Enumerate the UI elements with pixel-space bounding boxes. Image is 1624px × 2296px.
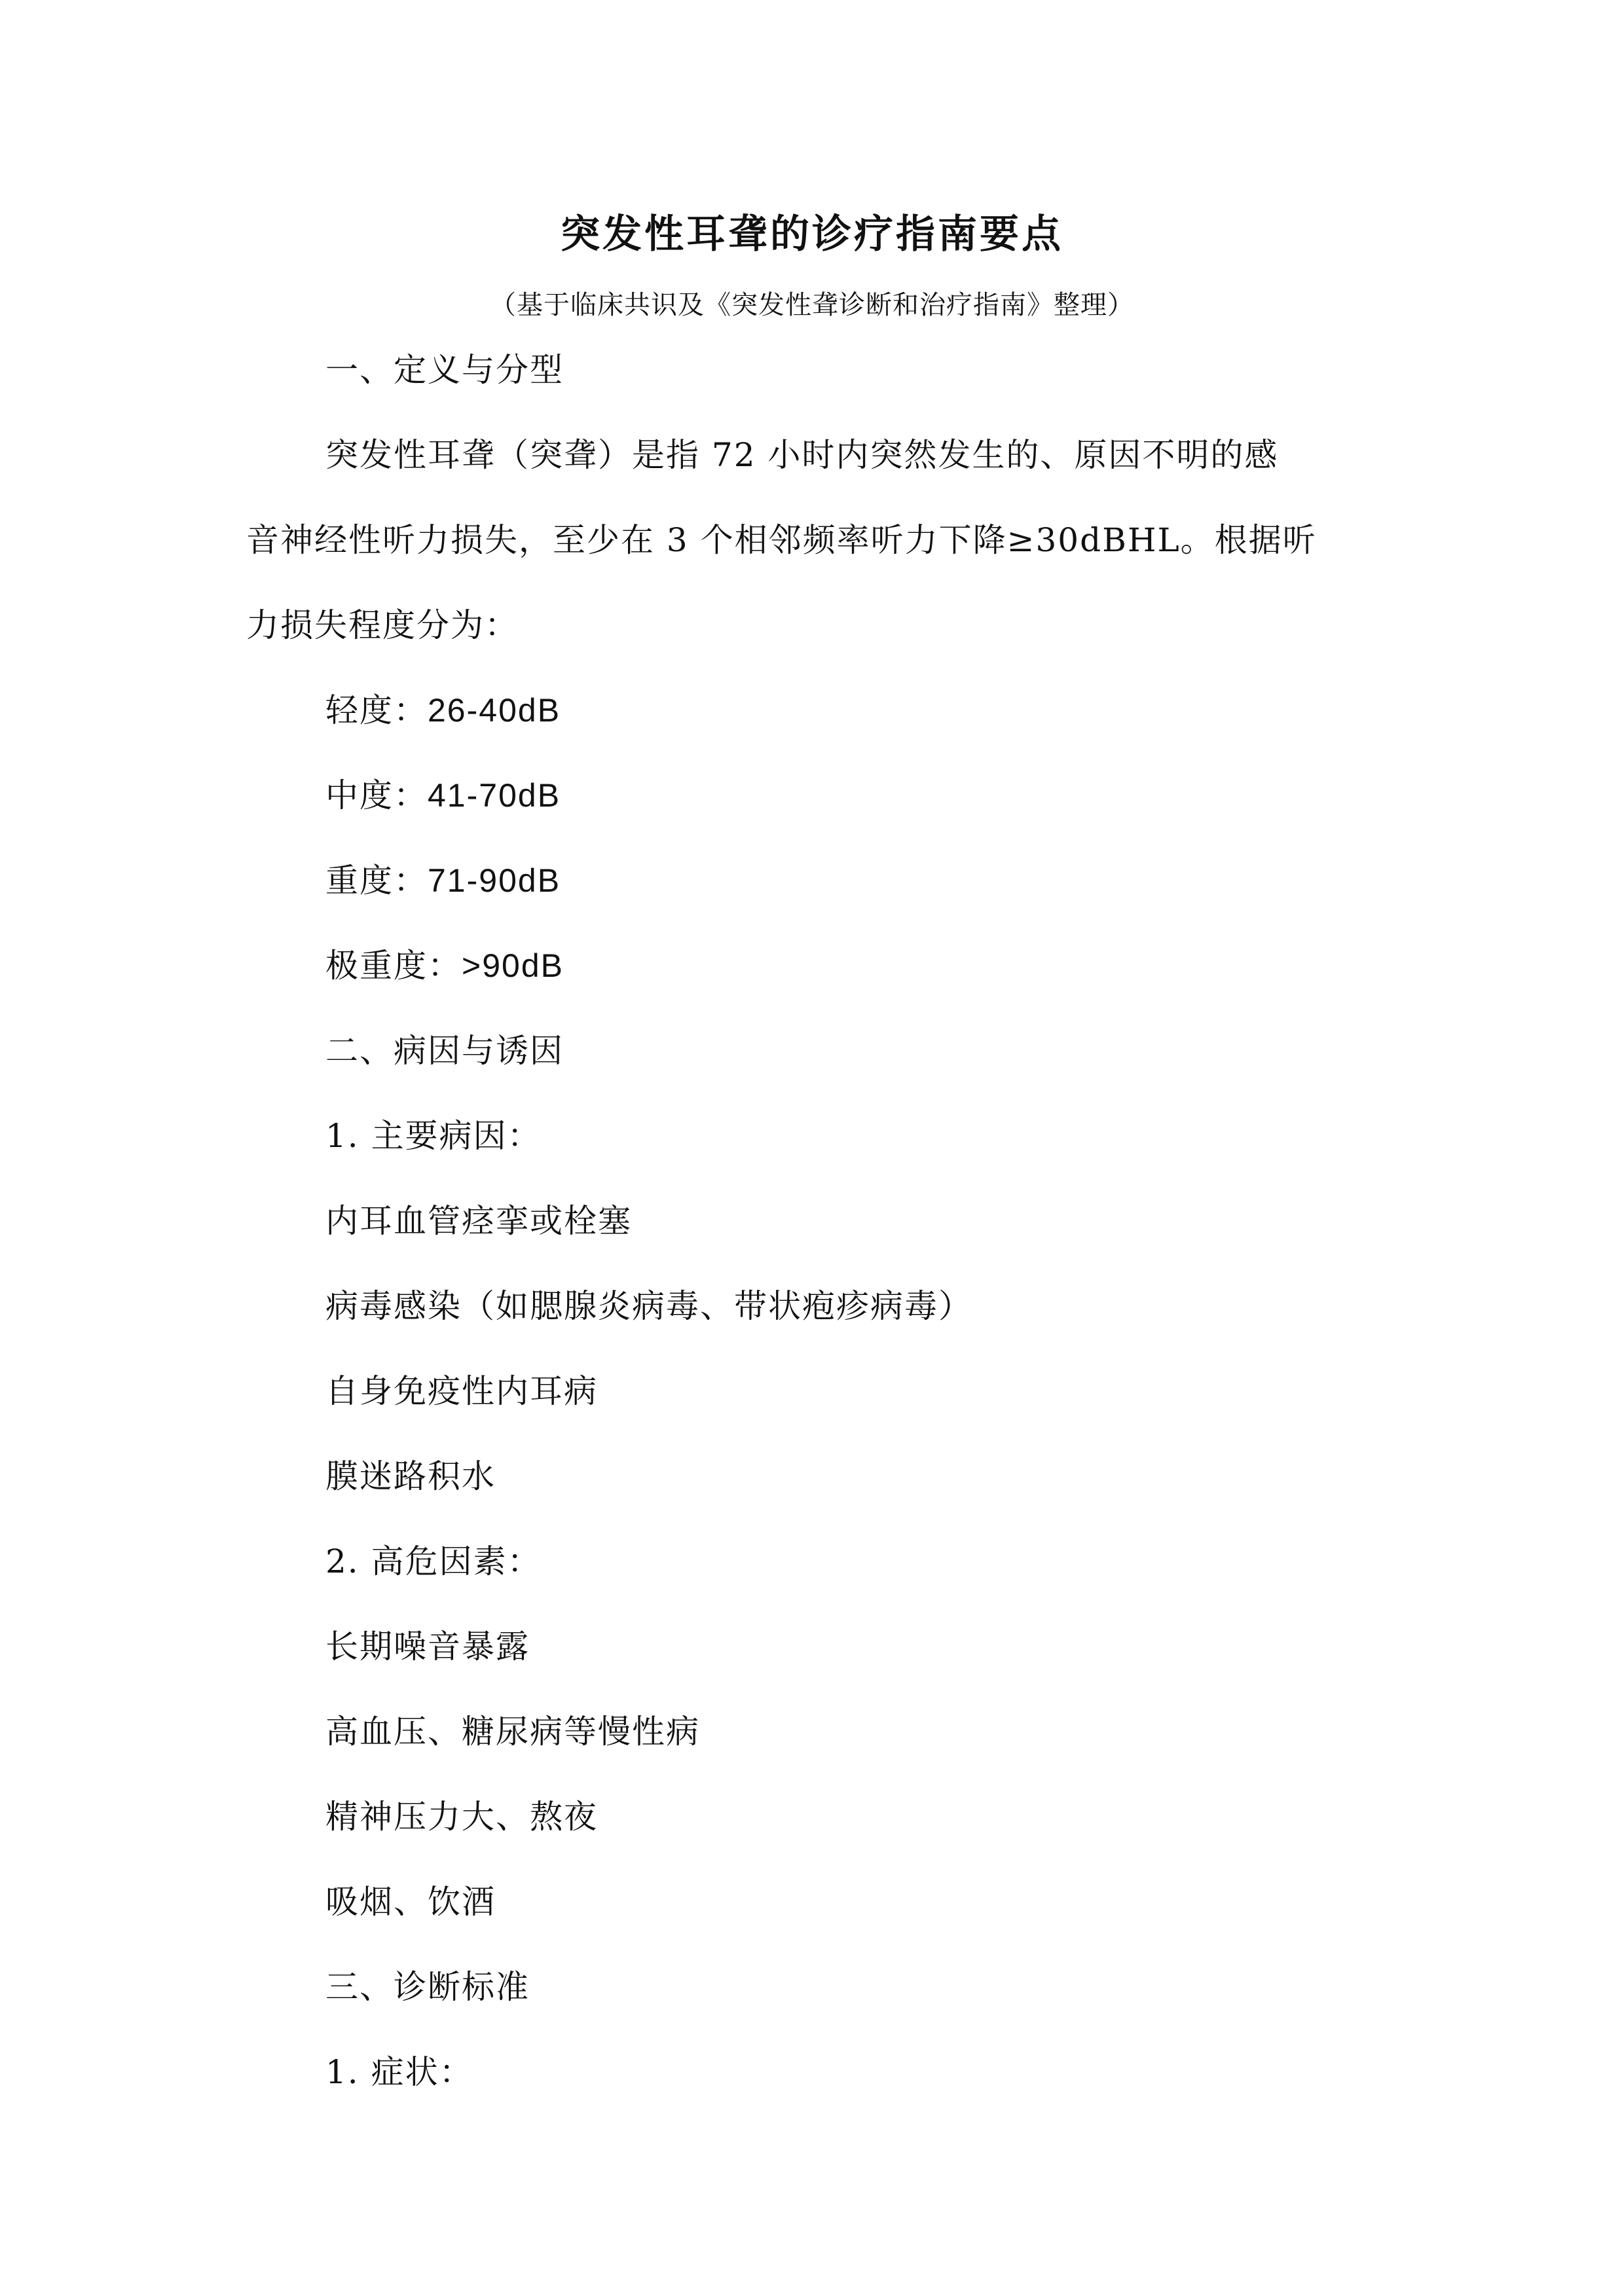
list-item: 精神压力大、熬夜 (325, 1794, 598, 1840)
subsection-heading-main-causes: 1. 主要病因： (325, 1113, 542, 1159)
grade-value: 26-40dB (428, 692, 561, 729)
grade-label: 轻度： (325, 691, 428, 729)
document-subtitle: （基于临床共识及《突发性聋诊断和治疗指南》整理） (0, 287, 1624, 323)
document-title: 突发性耳聋的诊疗指南要点 (0, 208, 1624, 261)
list-item: 膜迷路积水 (325, 1453, 496, 1499)
paragraph-line-1: 突发性耳聋（突聋）是指 72 小时内突然发生的、原因不明的感 (325, 432, 1278, 478)
grade-profound: 极重度：>90dB (325, 943, 564, 989)
section-heading-etiology: 二、病因与诱因 (325, 1028, 564, 1074)
list-item: 高血压、糖尿病等慢性病 (325, 1709, 700, 1755)
paragraph-line-2: 音神经性听力损失，至少在 3 个相邻频率听力下降≥30dBHL。根据听 (246, 517, 1317, 563)
list-item: 病毒感染（如腮腺炎病毒、带状疱疹病毒） (325, 1283, 972, 1329)
grade-severe: 重度：71-90dB (325, 858, 561, 903)
list-item: 内耳血管痉挛或栓塞 (325, 1198, 632, 1244)
section-heading-diagnosis: 三、诊断标准 (325, 1964, 530, 2010)
grade-value: >90dB (462, 947, 564, 984)
grade-label: 中度： (325, 776, 428, 814)
subsection-heading-risk-factors: 2. 高危因素： (325, 1539, 542, 1584)
document-page: 突发性耳聋的诊疗指南要点 （基于临床共识及《突发性聋诊断和治疗指南》整理） 一、… (0, 0, 1624, 2296)
list-item: 长期噪音暴露 (325, 1624, 530, 1669)
grade-label: 极重度： (325, 947, 462, 985)
subsection-heading-symptoms: 1. 症状： (325, 2049, 473, 2095)
grade-mild: 轻度：26-40dB (325, 687, 561, 733)
section-heading-definition: 一、定义与分型 (325, 347, 564, 393)
grade-label: 重度： (325, 862, 428, 900)
grade-value: 71-90dB (428, 862, 561, 899)
grade-value: 41-70dB (428, 777, 561, 814)
paragraph-line-3: 力损失程度分为： (246, 602, 519, 648)
list-item: 吸烟、饮酒 (325, 1879, 496, 1925)
list-item: 自身免疫性内耳病 (325, 1368, 598, 1414)
grade-moderate: 中度：41-70dB (325, 773, 561, 818)
